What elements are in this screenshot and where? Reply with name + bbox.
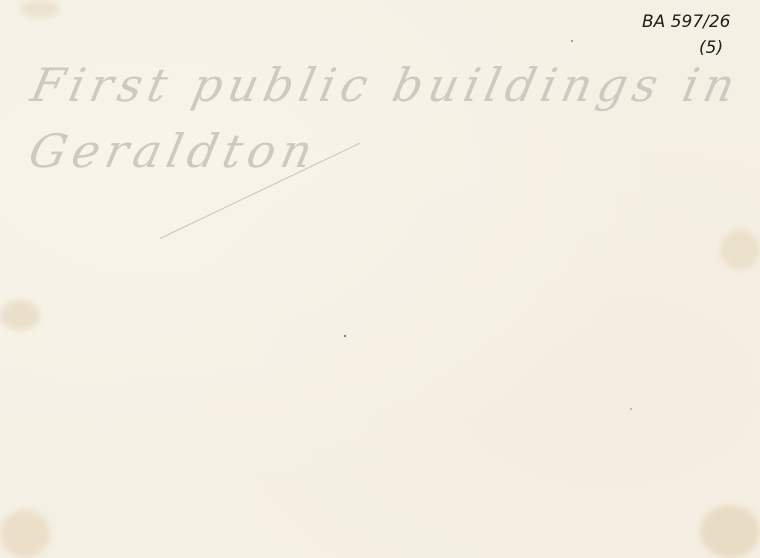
speck xyxy=(571,40,573,42)
speck xyxy=(344,335,346,337)
item-number: (5) xyxy=(699,38,723,58)
stain-bottom-left xyxy=(0,510,50,558)
speck xyxy=(630,408,632,410)
stain-left xyxy=(0,300,40,330)
stain-bottom-right xyxy=(700,505,760,558)
handwritten-line-2: Geraldton xyxy=(24,124,323,178)
stain-right xyxy=(720,230,760,270)
stain-top-left xyxy=(20,0,60,18)
catalogue-number: BA 597/26 xyxy=(642,12,731,32)
handwritten-line-1: First public buildings in xyxy=(26,58,745,112)
photo-verso: First public buildings in Geraldton BA 5… xyxy=(0,0,760,558)
